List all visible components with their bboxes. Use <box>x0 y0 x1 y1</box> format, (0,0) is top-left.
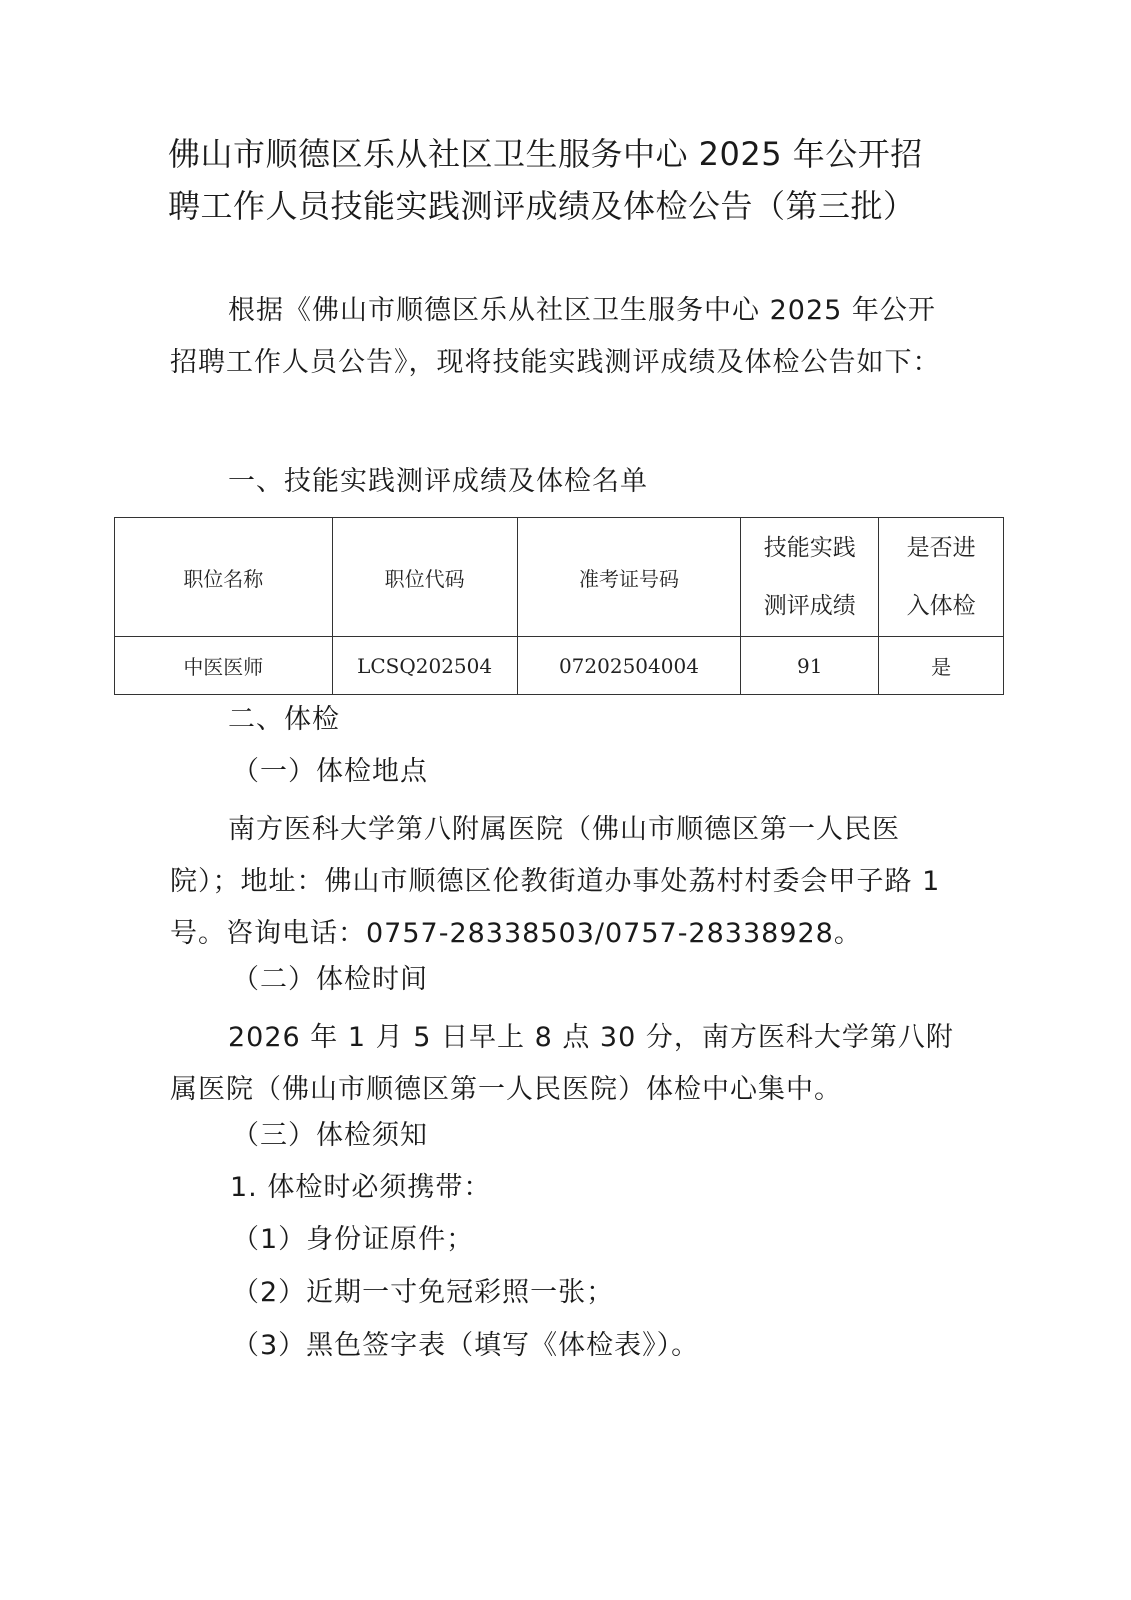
score-table: 职位名称 职位代码 准考证号码 技能实践 测评成绩 是否进 入体检 中医医师 L… <box>114 517 1004 695</box>
title-line-1: 佛山市顺德区乐从社区卫生服务中心 2025 年公开招 <box>168 128 968 180</box>
cell-admission-number: 07202504004 <box>517 637 741 695</box>
header-physical-exam: 是否进 入体检 <box>879 518 1004 637</box>
notice-item-1-1: （1）身份证原件； <box>232 1220 474 1260</box>
section-1-heading: 一、技能实践测评成绩及体检名单 <box>228 462 648 502</box>
cell-position-code: LCSQ202504 <box>332 637 517 695</box>
sub-1-heading: （一）体检地点 <box>232 752 428 792</box>
title-line-2: 聘工作人员技能实践测评成绩及体检公告（第三批） <box>168 180 968 232</box>
sub-1-text: 南方医科大学第八附属医院（佛山市顺德区第一人民医院）；地址：佛山市顺德区伦教街道… <box>170 804 960 960</box>
sub-2-text: 2026 年 1 月 5 日早上 8 点 30 分，南方医科大学第八附属医院（佛… <box>170 1012 960 1116</box>
header-score: 技能实践 测评成绩 <box>741 518 879 637</box>
table-header-row: 职位名称 职位代码 准考证号码 技能实践 测评成绩 是否进 入体检 <box>115 518 1004 637</box>
header-position-name: 职位名称 <box>115 518 333 637</box>
document-title: 佛山市顺德区乐从社区卫生服务中心 2025 年公开招 聘工作人员技能实践测评成绩… <box>168 128 968 232</box>
header-admission-number: 准考证号码 <box>517 518 741 637</box>
cell-physical-exam: 是 <box>879 637 1004 695</box>
header-score-line1: 技能实践 <box>742 519 877 577</box>
header-score-line2: 测评成绩 <box>742 577 877 635</box>
sub-2-heading: （二）体检时间 <box>232 960 428 1000</box>
header-exam-line2: 入体检 <box>880 577 1002 635</box>
intro-paragraph: 根据《佛山市顺德区乐从社区卫生服务中心 2025 年公开招聘工作人员公告》，现将… <box>170 285 960 389</box>
cell-position-name: 中医医师 <box>115 637 333 695</box>
header-position-code: 职位代码 <box>332 518 517 637</box>
section-2-heading: 二、体检 <box>228 700 340 740</box>
table-row: 中医医师 LCSQ202504 07202504004 91 是 <box>115 637 1004 695</box>
sub-3-heading: （三）体检须知 <box>232 1116 428 1156</box>
notice-item-1-3: （3）黑色签字表（填写《体检表》）。 <box>232 1326 699 1366</box>
notice-item-1: 1. 体检时必须携带： <box>230 1168 491 1208</box>
header-exam-line1: 是否进 <box>880 519 1002 577</box>
cell-score: 91 <box>741 637 879 695</box>
notice-item-1-2: （2）近期一寸免冠彩照一张； <box>232 1273 614 1313</box>
